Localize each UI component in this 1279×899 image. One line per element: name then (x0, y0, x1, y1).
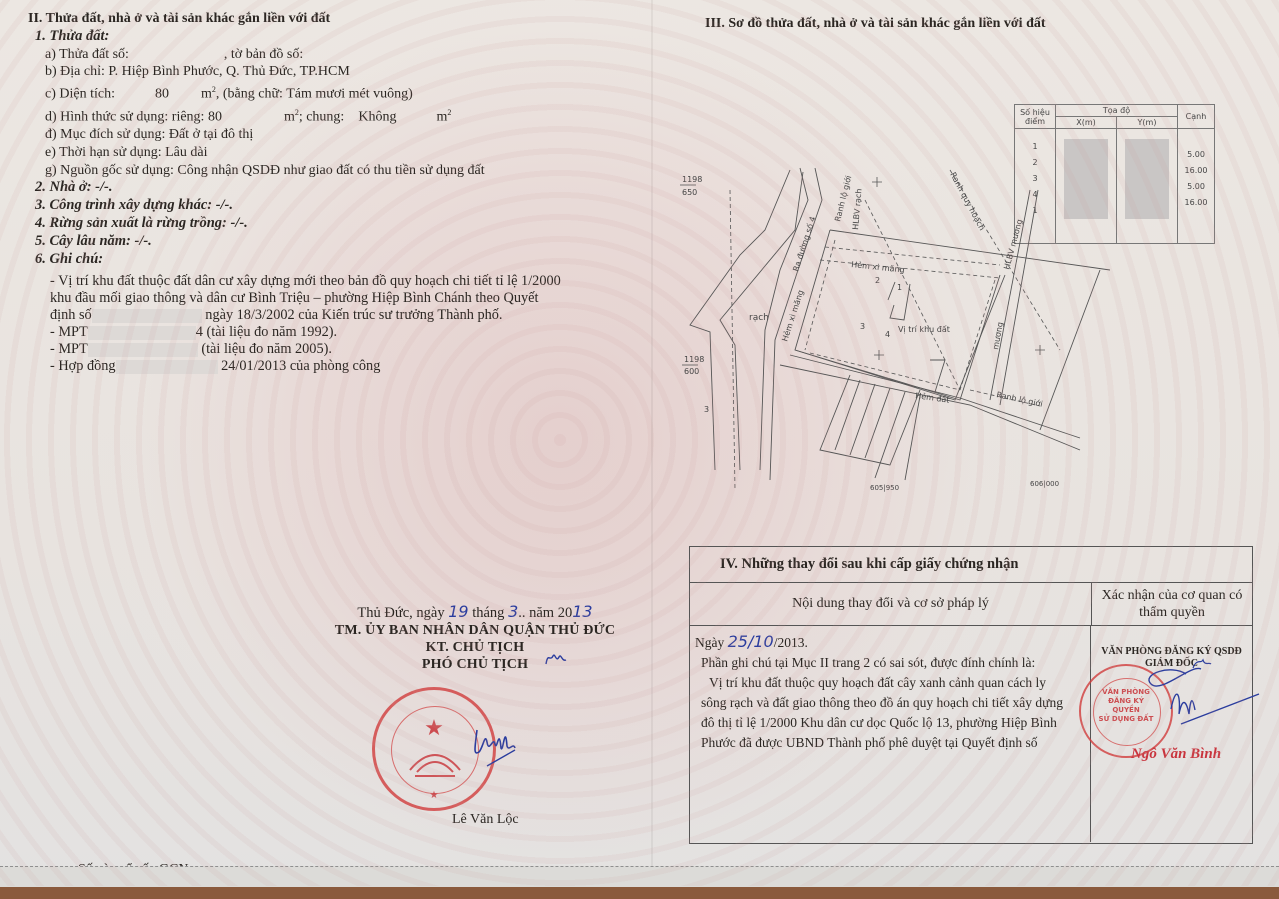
section-iv-title: IV. Những thay đổi sau khi cấp giấy chứn… (690, 547, 1252, 583)
forest-heading: 4. Rừng sản xuất là rừng trồng: -/-. (35, 215, 638, 233)
page-fold (651, 0, 653, 886)
col-y-header: Y(m) (1117, 117, 1178, 129)
left-page: II. Thửa đất, nhà ở và tài sản khác gắn … (28, 10, 638, 375)
section-ii-title: II. Thửa đất, nhà ở và tài sản khác gắn … (28, 10, 638, 28)
svg-text:Ranh quy hoạch: Ranh quy hoạch (947, 171, 986, 233)
land-term: e) Thời hạn sử dụng: Lâu dài (45, 144, 638, 162)
land-area: c) Diện tích:80m2, (bằng chữ: Tám mươi m… (45, 81, 638, 103)
signer-name: Lê Văn Lộc (452, 812, 519, 828)
col-edge-header: Cạnh (1178, 105, 1215, 129)
signature-icon (465, 722, 525, 770)
land-parcel-number: a) Thửa đất số:, tờ bản đồ số: (45, 46, 638, 64)
svg-text:Hẻm đất: Hẻm đất (915, 390, 950, 405)
col-coord-header: Tọa độ (1056, 105, 1178, 117)
svg-text:Vị trí khu đất: Vị trí khu đất (898, 324, 950, 335)
signer-role-1: KT. CHỦ TỊCH (320, 639, 630, 656)
svg-text:Ra đường số 4: Ra đường số 4 (790, 215, 817, 273)
changes-authority-header: Xác nhận của cơ quan có thẩm quyền (1092, 583, 1252, 625)
issuing-organization: TM. ỦY BAN NHÂN DÂN QUẬN THỦ ĐỨC (320, 622, 630, 639)
authority-confirmation: VĂN PHÒNG ĐĂNG KÝ QSDĐ GIÁM ĐỐC VĂN PHÒN… (1091, 626, 1252, 842)
svg-text:Hẻm xi măng: Hẻm xi măng (851, 259, 905, 275)
svg-text:3: 3 (860, 322, 865, 331)
changes-table: IV. Những thay đổi sau khi cấp giấy chứn… (689, 546, 1253, 844)
change-entry: Ngày 25/10/2013. Phần ghi chú tại Mục II… (690, 626, 1091, 842)
notes-heading: 6. Ghi chú: (35, 251, 638, 269)
parcel-map: 1198 650 1198 600 3 rạch Ranh lộ giới HL… (660, 160, 1110, 500)
svg-text:mương: mương (991, 321, 1005, 350)
svg-text:HLBV rạch: HLBV rạch (851, 188, 865, 230)
svg-text:3: 3 (704, 405, 709, 414)
note-3: - MPT (tài liệu đo năm 2005). (50, 341, 638, 358)
svg-text:Ranh lộ giới: Ranh lộ giới (996, 389, 1044, 409)
section-iii-title: III. Sơ đồ thửa đất, nhà ở và tài sản kh… (705, 16, 1046, 32)
svg-text:rạch: rạch (749, 313, 769, 323)
office-signature-icon (1131, 654, 1261, 734)
edge-list: 5.00 16.00 5.00 16.00 (1178, 129, 1215, 244)
change-date: Ngày 25/10/2013. (695, 632, 1086, 653)
issue-date: Thủ Đức, ngày 19 tháng 3.. năm 2013 (320, 602, 630, 622)
note-1-line-3: định số ngày 18/3/2002 của Kiến trúc sư … (50, 307, 638, 324)
sheet-bottom-edge (0, 866, 1279, 887)
svg-text:1: 1 (897, 283, 902, 292)
note-1-line-1: - Vị trí khu đất thuộc đất dân cư xây dự… (50, 273, 638, 290)
land-heading: 1. Thửa đất: (35, 28, 638, 46)
land-origin: g) Nguồn gốc sử dụng: Công nhận QSDĐ như… (45, 162, 638, 180)
col-point-header: Số hiệu điểm (1015, 105, 1056, 129)
svg-text:605|950: 605|950 (870, 484, 899, 492)
signer-role-2: PHÓ CHỦ TỊCH (320, 656, 630, 673)
signature-block: Thủ Đức, ngày 19 tháng 3.. năm 2013 TM. … (320, 602, 630, 673)
note-2: - MPT4 (tài liệu đo năm 1992). (50, 324, 638, 341)
svg-text:HLBV mương: HLBV mương (1002, 218, 1024, 270)
land-address: b) Địa chỉ: P. Hiệp Bình Phước, Q. Thủ Đ… (45, 63, 638, 81)
perennial-heading: 5. Cây lâu năm: -/-. (35, 233, 638, 251)
svg-text:650: 650 (682, 188, 697, 197)
changes-content-header: Nội dung thay đổi và cơ sở pháp lý (690, 583, 1092, 625)
note-4: - Hợp đồng 24/01/2013 của phòng công (50, 358, 638, 375)
land-usage-form: d) Hình thức sử dụng: riêng: 80m2; chung… (45, 104, 638, 126)
y-values-redacted (1117, 129, 1178, 244)
svg-text:Ranh lộ giới: Ranh lộ giới (832, 174, 853, 222)
svg-text:600: 600 (684, 367, 699, 376)
svg-text:4: 4 (885, 330, 890, 339)
other-construction-heading: 3. Công trình xây dựng khác: -/-. (35, 197, 638, 215)
col-x-header: X(m) (1056, 117, 1117, 129)
certificate-sheet: II. Thửa đất, nhà ở và tài sản khác gắn … (0, 0, 1279, 886)
note-1-line-2: khu đầu mối giao thông và dân cư Bình Tr… (50, 290, 638, 307)
house-heading: 2. Nhà ở: -/-. (35, 179, 638, 197)
svg-text:1198: 1198 (682, 175, 702, 184)
svg-text:1198: 1198 (684, 355, 704, 364)
svg-text:606|000: 606|000 (1030, 480, 1059, 488)
office-signer-name: Ngô Văn Bình (1131, 746, 1221, 763)
svg-text:2: 2 (875, 276, 880, 285)
initials-icon (544, 648, 570, 670)
land-purpose: đ) Mục đích sử dụng: Đất ở tại đô thị (45, 126, 638, 144)
